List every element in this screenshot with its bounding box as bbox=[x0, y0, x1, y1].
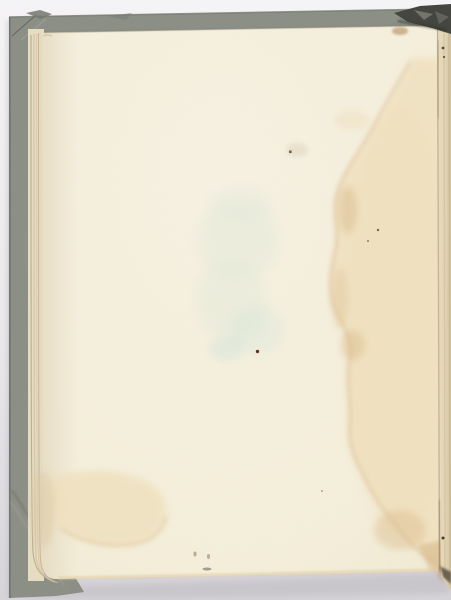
photo-of-book bbox=[0, 0, 451, 600]
speck-red-brown-core bbox=[257, 351, 258, 352]
stain-dark-patch bbox=[332, 268, 348, 328]
speck-gray-bottom-edge bbox=[203, 568, 212, 571]
speck-edge-dot-2 bbox=[443, 56, 445, 58]
fore-edge-streak-outer bbox=[449, 26, 450, 585]
ghost-blob bbox=[208, 337, 244, 361]
fore-edge-streak bbox=[444, 30, 445, 575]
speck-edge-dot-3 bbox=[442, 537, 445, 540]
speck-faint-dot bbox=[321, 490, 323, 492]
speck-stain-dot-2 bbox=[367, 240, 369, 242]
stain-faint-top bbox=[334, 110, 370, 130]
stain-dark-patch bbox=[341, 330, 365, 360]
fore-edge-crease-dark-top bbox=[438, 40, 439, 118]
speck-brown-upper bbox=[289, 151, 292, 154]
speck-stain-dot-1 bbox=[377, 229, 379, 231]
speck-edge-dot-1 bbox=[442, 47, 445, 50]
fore-edge-crease-dark-bottom bbox=[439, 500, 440, 570]
stain-dark-patch bbox=[339, 186, 357, 234]
stain-gutter-edge bbox=[31, 472, 55, 548]
stain-gray-smudge bbox=[286, 143, 308, 157]
page-fore-edge bbox=[437, 23, 451, 590]
book-photo-canvas bbox=[0, 0, 451, 600]
stain-dark-patch bbox=[374, 510, 426, 550]
corner-stain-smudge bbox=[392, 27, 408, 35]
speck-tan-bottom-2 bbox=[207, 554, 210, 559]
speck-tan-bottom-1 bbox=[193, 551, 196, 556]
